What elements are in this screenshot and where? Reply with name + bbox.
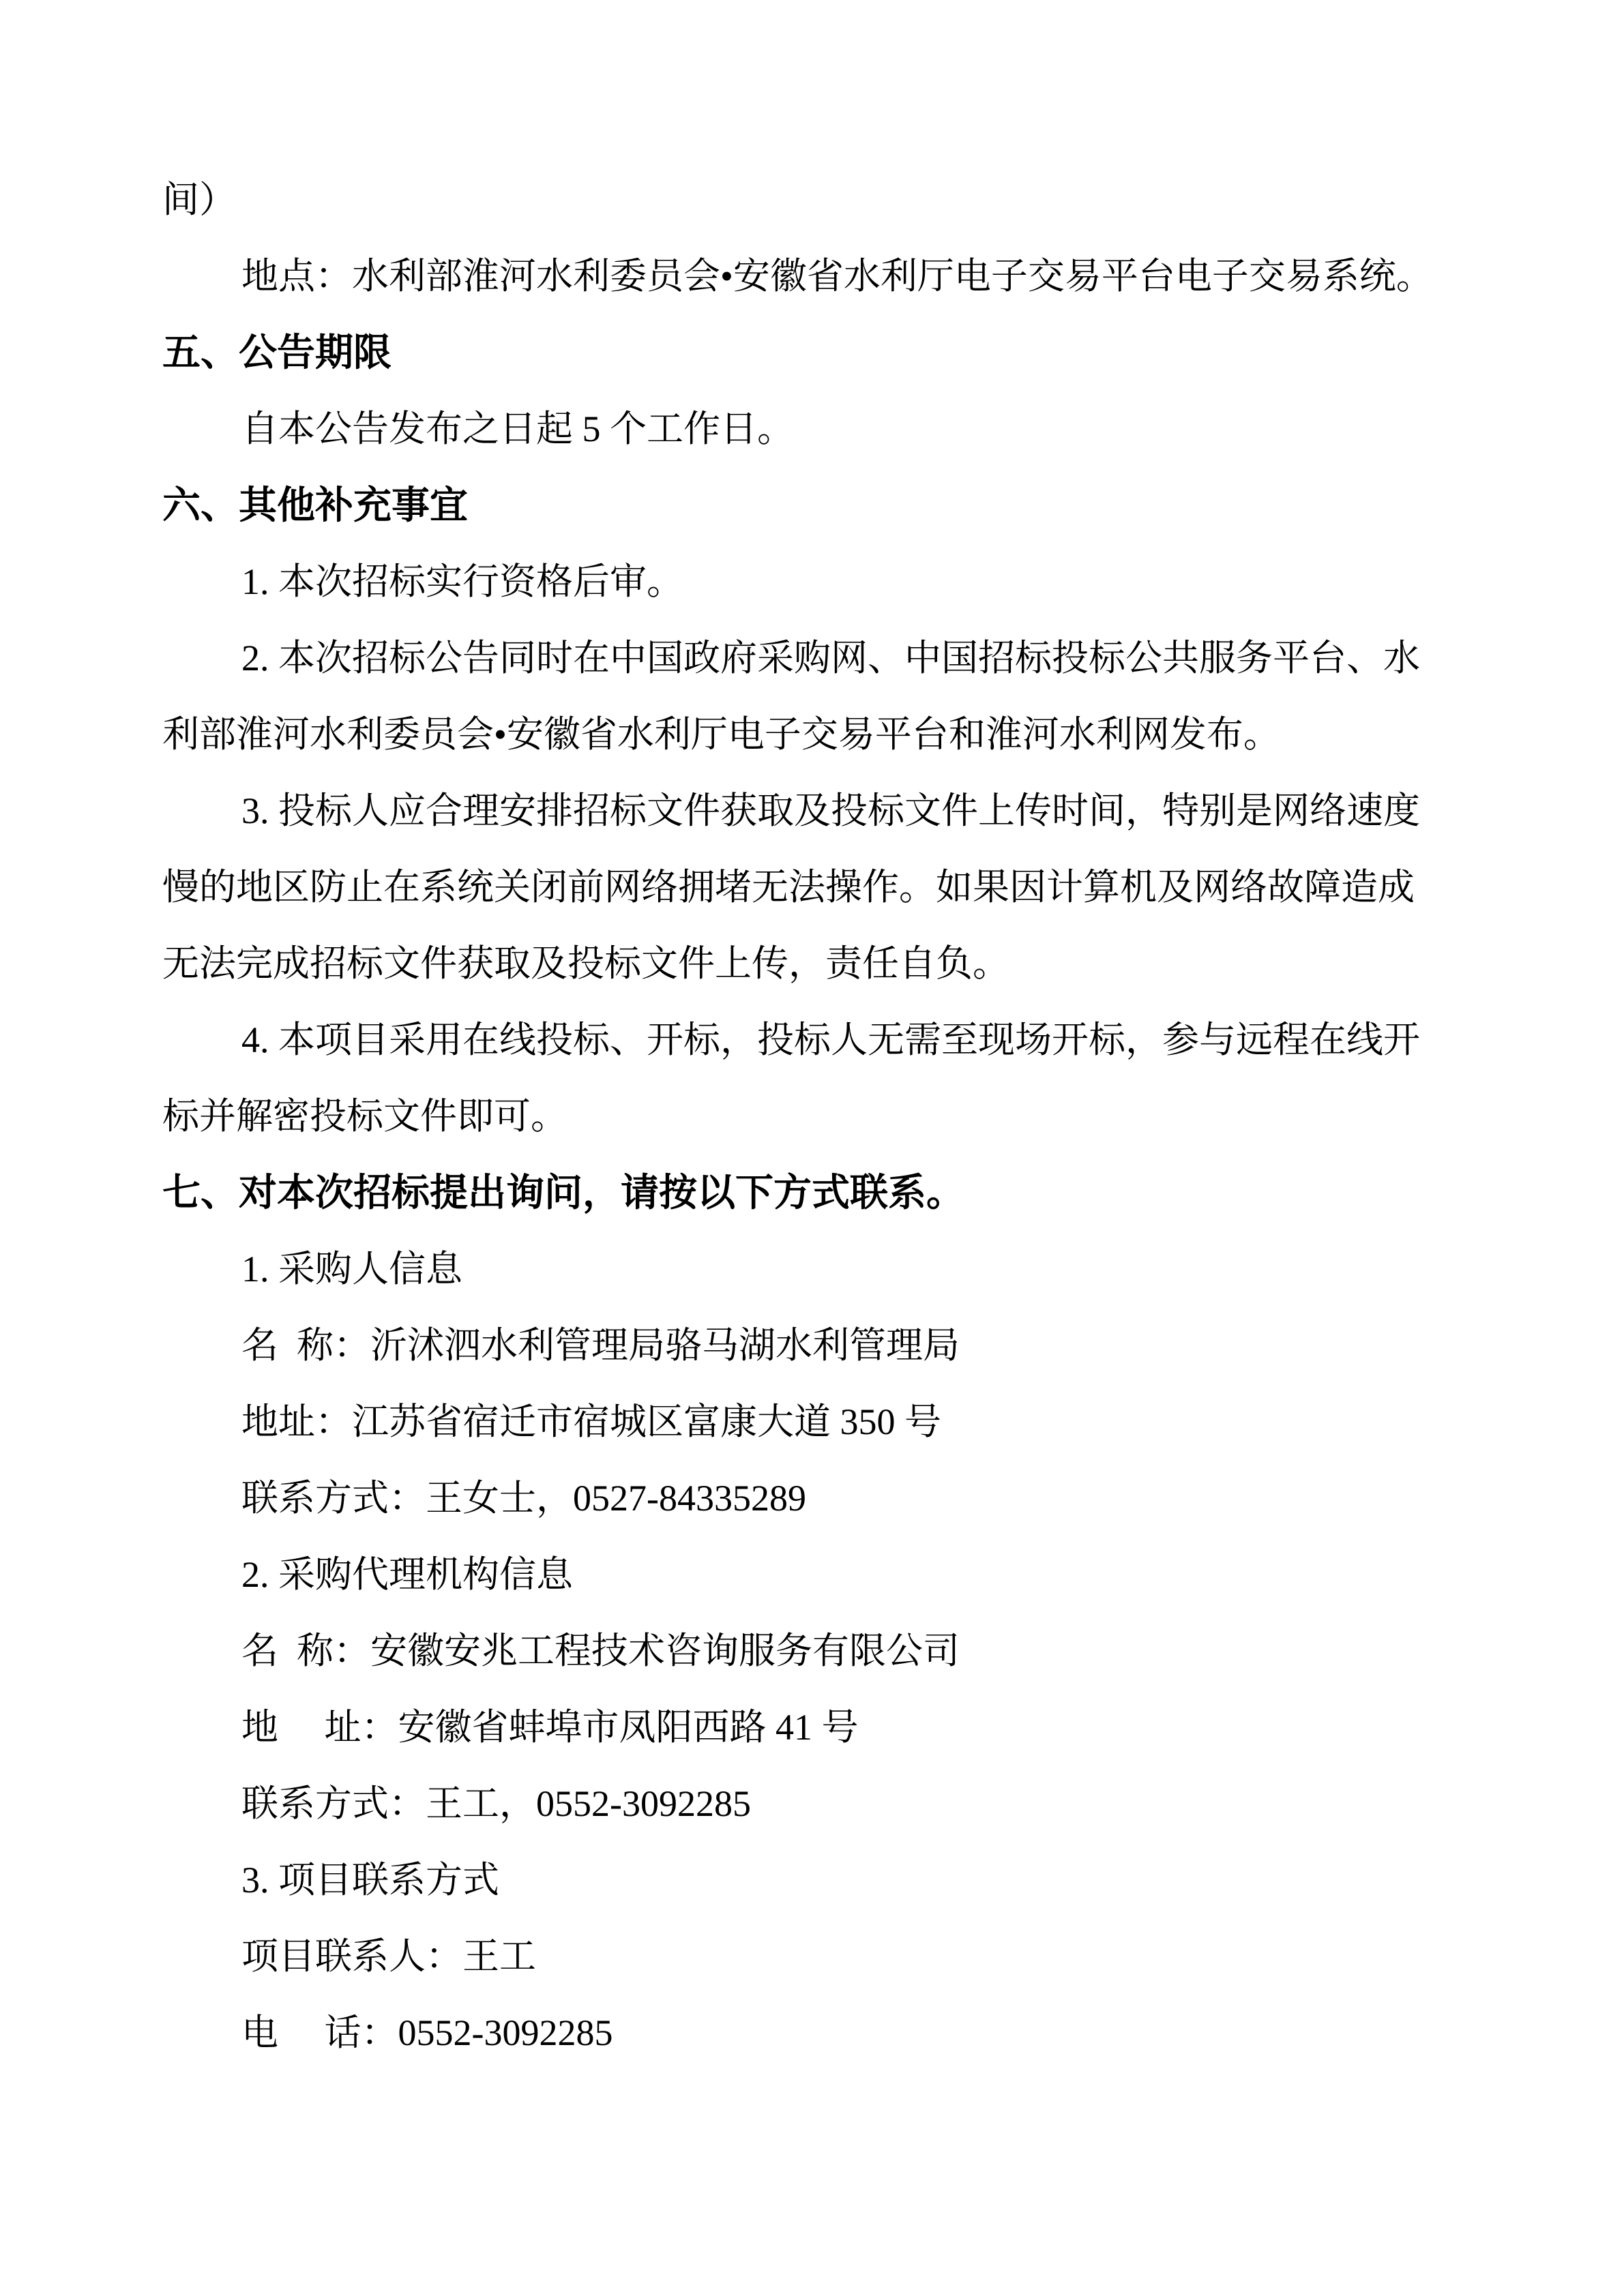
section-heading: 六、其他补充事宜 xyxy=(162,467,1465,543)
doc-line: 3. 项目联系方式 xyxy=(162,1842,1465,1918)
doc-line: 自本公告发布之日起 5 个工作日。 xyxy=(162,391,1465,467)
doc-line: 名 称：安徽安兆工程技术咨询服务有限公司 xyxy=(162,1613,1465,1689)
doc-line: 无法完成招标文件获取及投标文件上传，责任自负。 xyxy=(162,925,1465,1002)
doc-line: 联系方式：王工，0552-3092285 xyxy=(162,1765,1465,1842)
doc-line: 电 话：0552-3092285 xyxy=(162,1995,1465,2071)
doc-line: 利部淮河水利委员会•安徽省水利厅电子交易平台和淮河水利网发布。 xyxy=(162,696,1465,773)
section-heading: 五、公告期限 xyxy=(162,314,1465,391)
document-content: 间） 地点：水利部淮河水利委员会•安徽省水利厅电子交易平台电子交易系统。 五、公… xyxy=(162,162,1465,2071)
doc-line: 慢的地区防止在系统关闭前网络拥堵无法操作。如果因计算机及网络故障造成 xyxy=(162,849,1465,925)
doc-line: 标并解密投标文件即可。 xyxy=(162,1078,1465,1154)
doc-line: 3. 投标人应合理安排招标文件获取及投标文件上传时间，特别是网络速度 xyxy=(162,773,1465,849)
doc-line: 4. 本项目采用在线投标、开标，投标人无需至现场开标，参与远程在线开 xyxy=(162,1002,1465,1078)
doc-line: 地 址：安徽省蚌埠市凤阳西路 41 号 xyxy=(162,1689,1465,1765)
doc-line: 项目联系人：王工 xyxy=(162,1918,1465,1995)
section-heading: 七、对本次招标提出询问，请按以下方式联系。 xyxy=(162,1154,1465,1231)
document-page: 间） 地点：水利部淮河水利委员会•安徽省水利厅电子交易平台电子交易系统。 五、公… xyxy=(0,0,1624,2296)
doc-line: 地址：江苏省宿迁市宿城区富康大道 350 号 xyxy=(162,1384,1465,1460)
doc-line: 名 称：沂沭泗水利管理局骆马湖水利管理局 xyxy=(162,1307,1465,1384)
doc-line: 1. 本次招标实行资格后审。 xyxy=(162,543,1465,620)
doc-line: 2. 采购代理机构信息 xyxy=(162,1536,1465,1613)
doc-line: 2. 本次招标公告同时在中国政府采购网、中国招标投标公共服务平台、水 xyxy=(162,620,1465,696)
doc-line: 联系方式：王女士，0527-84335289 xyxy=(162,1460,1465,1536)
doc-line: 1. 采购人信息 xyxy=(162,1231,1465,1307)
doc-line: 间） xyxy=(162,162,1465,238)
doc-line: 地点：水利部淮河水利委员会•安徽省水利厅电子交易平台电子交易系统。 xyxy=(162,238,1465,314)
